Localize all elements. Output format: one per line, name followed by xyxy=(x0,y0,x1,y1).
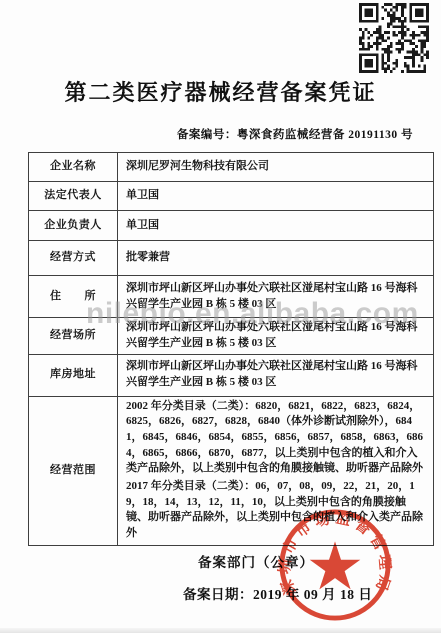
row-value: 批零兼营 xyxy=(118,241,434,276)
qr-code-icon xyxy=(358,3,430,73)
row-value: 深圳市坪山新区坪山办事处六联社区湴尾村宝山路 16 号海科兴留学生产业园 B 栋… xyxy=(118,354,434,396)
table-row: 库房地址 深圳市坪山新区坪山办事处六联社区湴尾村宝山路 16 号海科兴留学生产业… xyxy=(29,354,434,396)
table-row: 法定代表人 单卫国 xyxy=(29,182,434,211)
table-row: 企业名称 深圳尼罗河生物科技有限公司 xyxy=(29,153,434,182)
scope-2002-text: 2002 年分类目录（二类）：6820，6821，6822，6823，6824，… xyxy=(126,399,425,477)
row-label: 住 所 xyxy=(29,276,118,318)
row-label: 库房地址 xyxy=(29,354,118,396)
row-label: 经营场所 xyxy=(29,318,118,355)
official-seal-stamp: 深圳市市场监督管理局 xyxy=(276,506,394,624)
scan-bottom-edge xyxy=(0,628,441,633)
row-value: 单卫国 xyxy=(118,211,434,241)
row-value: 深圳尼罗河生物科技有限公司 xyxy=(118,153,434,182)
table-row: 企业负责人 单卫国 xyxy=(29,211,434,241)
certificate-table: 企业名称 深圳尼罗河生物科技有限公司 法定代表人 单卫国 企业负责人 单卫国 经… xyxy=(28,152,434,546)
row-label: 经营范围 xyxy=(29,396,118,545)
table-row: 经营方式 批零兼营 xyxy=(29,241,434,276)
row-value: 深圳市坪山新区坪山办事处六联社区湴尾村宝山路 16 号海科兴留学生产业园 B 栋… xyxy=(118,318,434,355)
filing-number: 备案编号：粤深食药监械经营备 20191130 号 xyxy=(0,126,413,142)
row-label: 企业负责人 xyxy=(29,211,118,241)
certificate-title: 第二类医疗器械经营备案凭证 xyxy=(0,76,441,107)
table-row: 住 所 深圳市坪山新区坪山办事处六联社区湴尾村宝山路 16 号海科兴留学生产业园… xyxy=(29,276,434,318)
table-row: 经营场所 深圳市坪山新区坪山办事处六联社区湴尾村宝山路 16 号海科兴留学生产业… xyxy=(29,318,434,355)
row-label: 企业名称 xyxy=(29,153,118,182)
row-label: 经营方式 xyxy=(29,241,118,276)
row-label: 法定代表人 xyxy=(29,182,118,211)
seal-star-icon xyxy=(310,541,361,589)
row-value: 单卫国 xyxy=(118,182,434,211)
row-value: 深圳市坪山新区坪山办事处六联社区湴尾村宝山路 16 号海科兴留学生产业园 B 栋… xyxy=(118,276,434,318)
